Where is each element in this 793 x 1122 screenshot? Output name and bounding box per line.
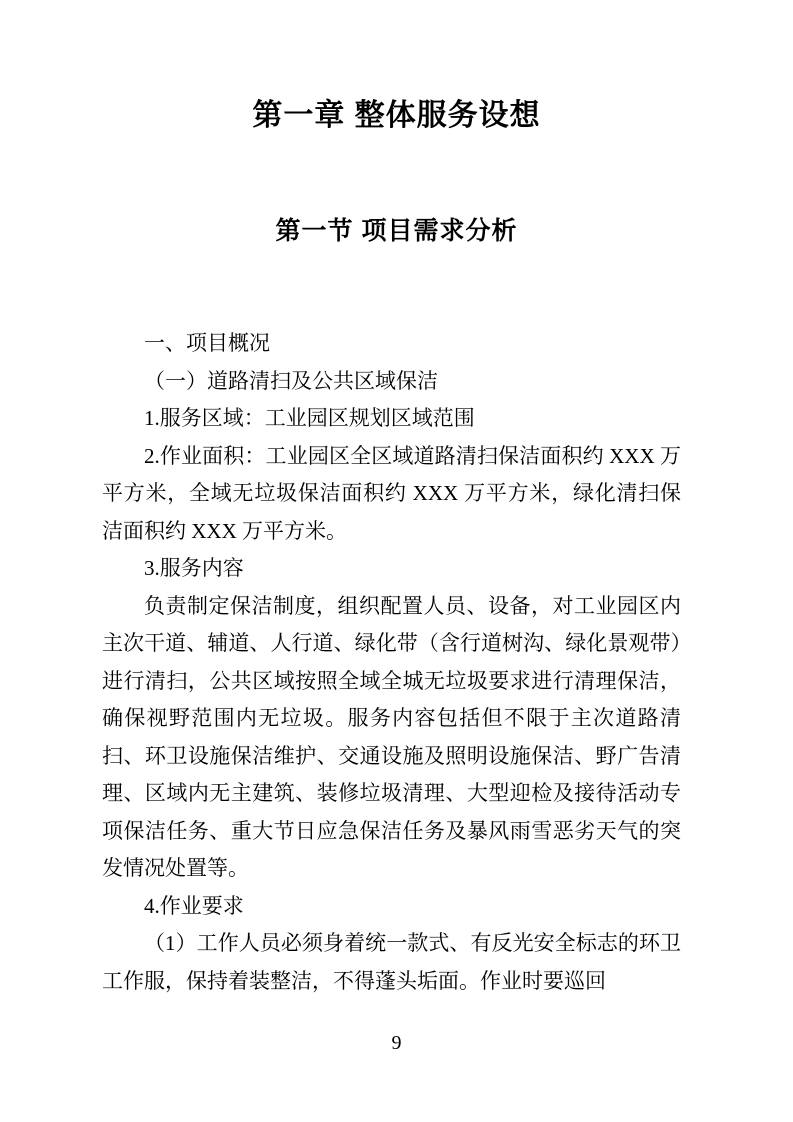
document-page: 第一章 整体服务设想 第一节 项目需求分析 一、项目概况 （一）道路清扫及公共区… (0, 0, 793, 1122)
paragraph-heading-1-1: （一）道路清扫及公共区域保洁 (102, 363, 681, 401)
paragraph-work-requirements-item1: （1）工作人员必须身着统一款式、有反光安全标志的环卫工作服，保持着装整洁，不得蓬… (102, 925, 681, 1000)
chapter-title: 第一章 整体服务设想 (0, 0, 793, 136)
paragraph-service-content-body: 负责制定保洁制度，组织配置人员、设备，对工业园区内主次干道、辅道、人行道、绿化带… (102, 588, 681, 888)
paragraph-work-requirements-heading: 4.作业要求 (102, 888, 681, 926)
paragraph-work-area: 2.作业面积：工业园区全区域道路清扫保洁面积约 XXX 万平方米，全域无垃圾保洁… (102, 438, 681, 551)
section-title: 第一节 项目需求分析 (0, 214, 793, 248)
document-body: 一、项目概况 （一）道路清扫及公共区域保洁 1.服务区域：工业园区规划区域范围 … (102, 325, 681, 1000)
page-number: 9 (0, 1031, 793, 1055)
paragraph-heading-1: 一、项目概况 (102, 325, 681, 363)
paragraph-service-area: 1.服务区域：工业园区规划区域范围 (102, 400, 681, 438)
paragraph-service-content-heading: 3.服务内容 (102, 550, 681, 588)
